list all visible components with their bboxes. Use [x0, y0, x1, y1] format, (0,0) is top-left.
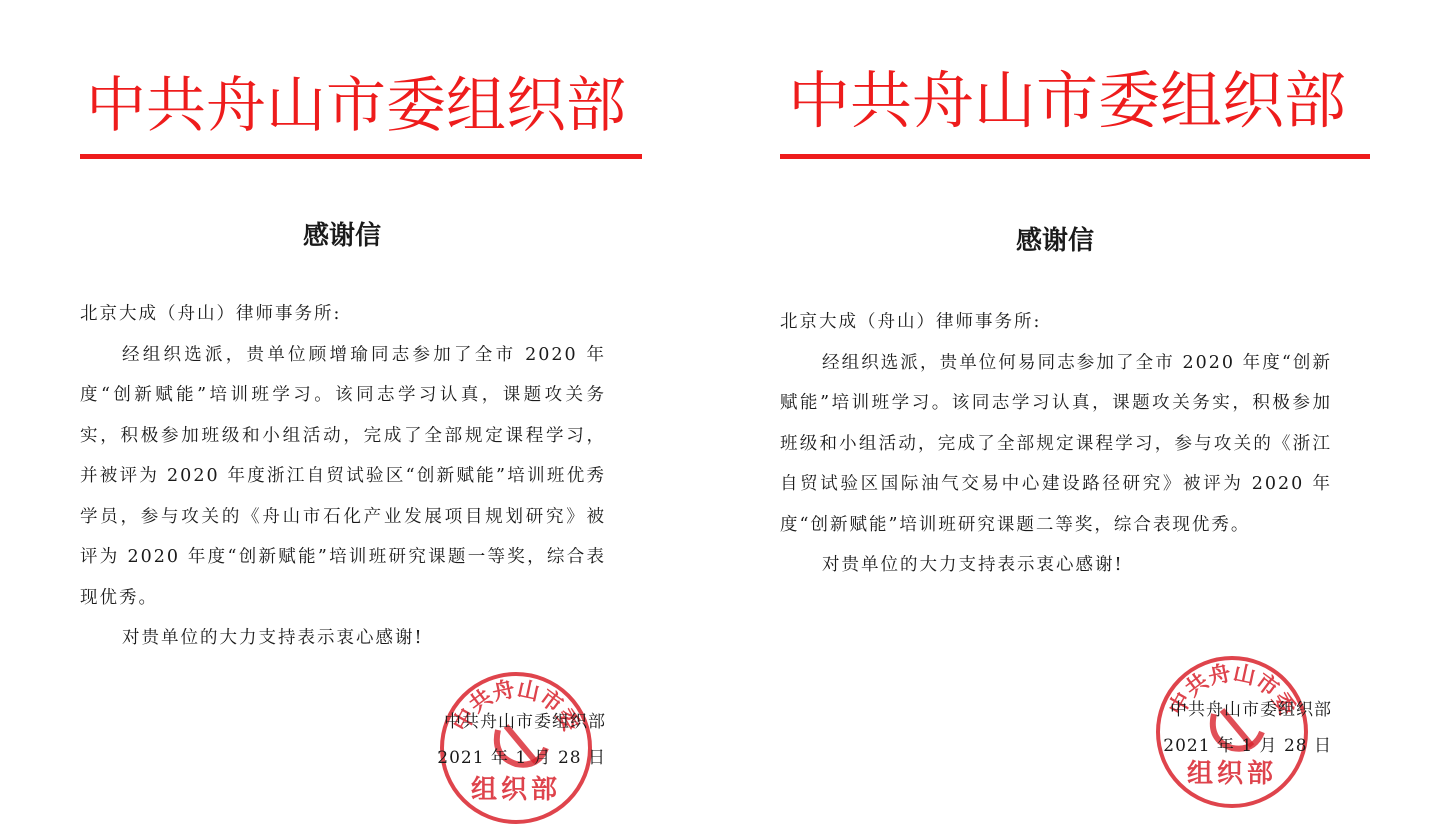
masthead-red-rule	[780, 154, 1370, 159]
letter-title: 感谢信	[780, 220, 1330, 257]
signature-org: 中共舟山市委组织部	[420, 704, 606, 740]
closing-paragraph: 对贵单位的大力支持表示衷心感谢!	[780, 545, 1332, 586]
body-paragraph: 经组织选派，贵单位何易同志参加了全市 2020 年度“创新赋能”培训班学习。该同…	[780, 343, 1332, 546]
letter-title: 感谢信	[80, 215, 604, 252]
signature-block: 中共舟山市委组织部 2021 年 1 月 28 日	[1136, 692, 1332, 764]
salutation: 北京大成（舟山）律师事务所:	[80, 294, 606, 335]
salutation: 北京大成（舟山）律师事务所:	[780, 302, 1332, 343]
masthead-title: 中共舟山市委组织部	[788, 70, 1346, 132]
svg-text:组织部: 组织部	[471, 775, 561, 805]
body-paragraph: 经组织选派，贵单位顾增瑜同志参加了全市 2020 年度“创新赋能”培训班学习。该…	[80, 335, 606, 619]
signature-block: 中共舟山市委组织部 2021 年 1 月 28 日	[420, 704, 606, 776]
letter-body: 北京大成（舟山）律师事务所: 经组织选派，贵单位何易同志参加了全市 2020 年…	[780, 302, 1332, 586]
masthead-title: 中共舟山市委组织部	[86, 76, 626, 136]
closing-paragraph: 对贵单位的大力支持表示衷心感谢!	[80, 618, 606, 659]
thank-you-letter-right: 中共舟山市委组织部 感谢信 北京大成（舟山）律师事务所: 经组织选派，贵单位何易…	[780, 0, 1370, 839]
signature-org: 中共舟山市委组织部	[1136, 692, 1332, 728]
letter-body: 北京大成（舟山）律师事务所: 经组织选派，贵单位顾增瑜同志参加了全市 2020 …	[80, 294, 606, 659]
signature-date: 2021 年 1 月 28 日	[1136, 728, 1332, 764]
signature-date: 2021 年 1 月 28 日	[420, 740, 606, 776]
thank-you-letter-left: 中共舟山市委组织部 感谢信 北京大成（舟山）律师事务所: 经组织选派，贵单位顾增…	[80, 0, 642, 839]
masthead-red-rule	[80, 154, 642, 159]
